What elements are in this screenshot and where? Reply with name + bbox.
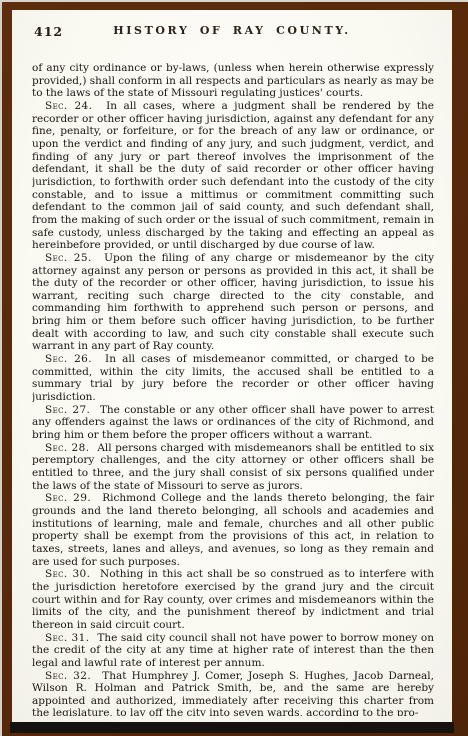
paragraph-sec-32: Sec. 32.That Humphrey J. Comer, Joseph S… [32,670,434,717]
scan-shadow-band [10,722,454,733]
page-number: 412 [34,24,63,39]
page-body-text: of any city ordinance or by-laws, (unles… [32,62,434,716]
section-label: Sec. 27. [45,404,100,416]
paragraph-sec-25: Sec. 25.Upon the filing of any charge or… [32,252,434,353]
section-label: Sec. 25. [45,252,104,264]
paragraph-sec-29: Sec. 29.Richmond College and the lands t… [32,492,434,568]
paragraph-sec-27: Sec. 27.The constable or any other offic… [32,404,434,442]
section-label: Sec. 24. [45,100,106,112]
section-label: Sec. 30. [45,568,100,580]
paragraph-text: Upon the filing of any charge or misdeme… [32,252,434,353]
paragraph-continuation: of any city ordinance or by-laws, (unles… [32,62,434,100]
section-label: Sec. 32. [45,670,102,682]
running-header: HISTORY OF RAY COUNTY. [12,24,452,37]
section-label: Sec. 26. [45,353,105,365]
paragraph-sec-30: Sec. 30.Nothing in this act shall be so … [32,568,434,631]
section-label: Sec. 28. [45,442,97,454]
paragraph-text: In all cases, where a judgment shall be … [32,100,434,251]
paragraph-sec-24: Sec. 24.In all cases, where a judgment s… [32,100,434,252]
page-header: 412 HISTORY OF RAY COUNTY. [12,24,452,40]
paragraph-sec-28: Sec. 28.All persons charged with misdeme… [32,442,434,493]
paragraph-sec-31: Sec. 31.The said city council shall not … [32,632,434,670]
book-page-scan: 412 HISTORY OF RAY COUNTY. of any city o… [0,0,468,736]
section-label: Sec. 29. [45,492,102,504]
section-label: Sec. 31. [45,632,97,644]
page-paper: 412 HISTORY OF RAY COUNTY. of any city o… [12,10,452,722]
paragraph-sec-26: Sec. 26.In all cases of misdemeanor comm… [32,353,434,404]
paragraph-text: of any city ordinance or by-laws, (unles… [32,62,434,99]
